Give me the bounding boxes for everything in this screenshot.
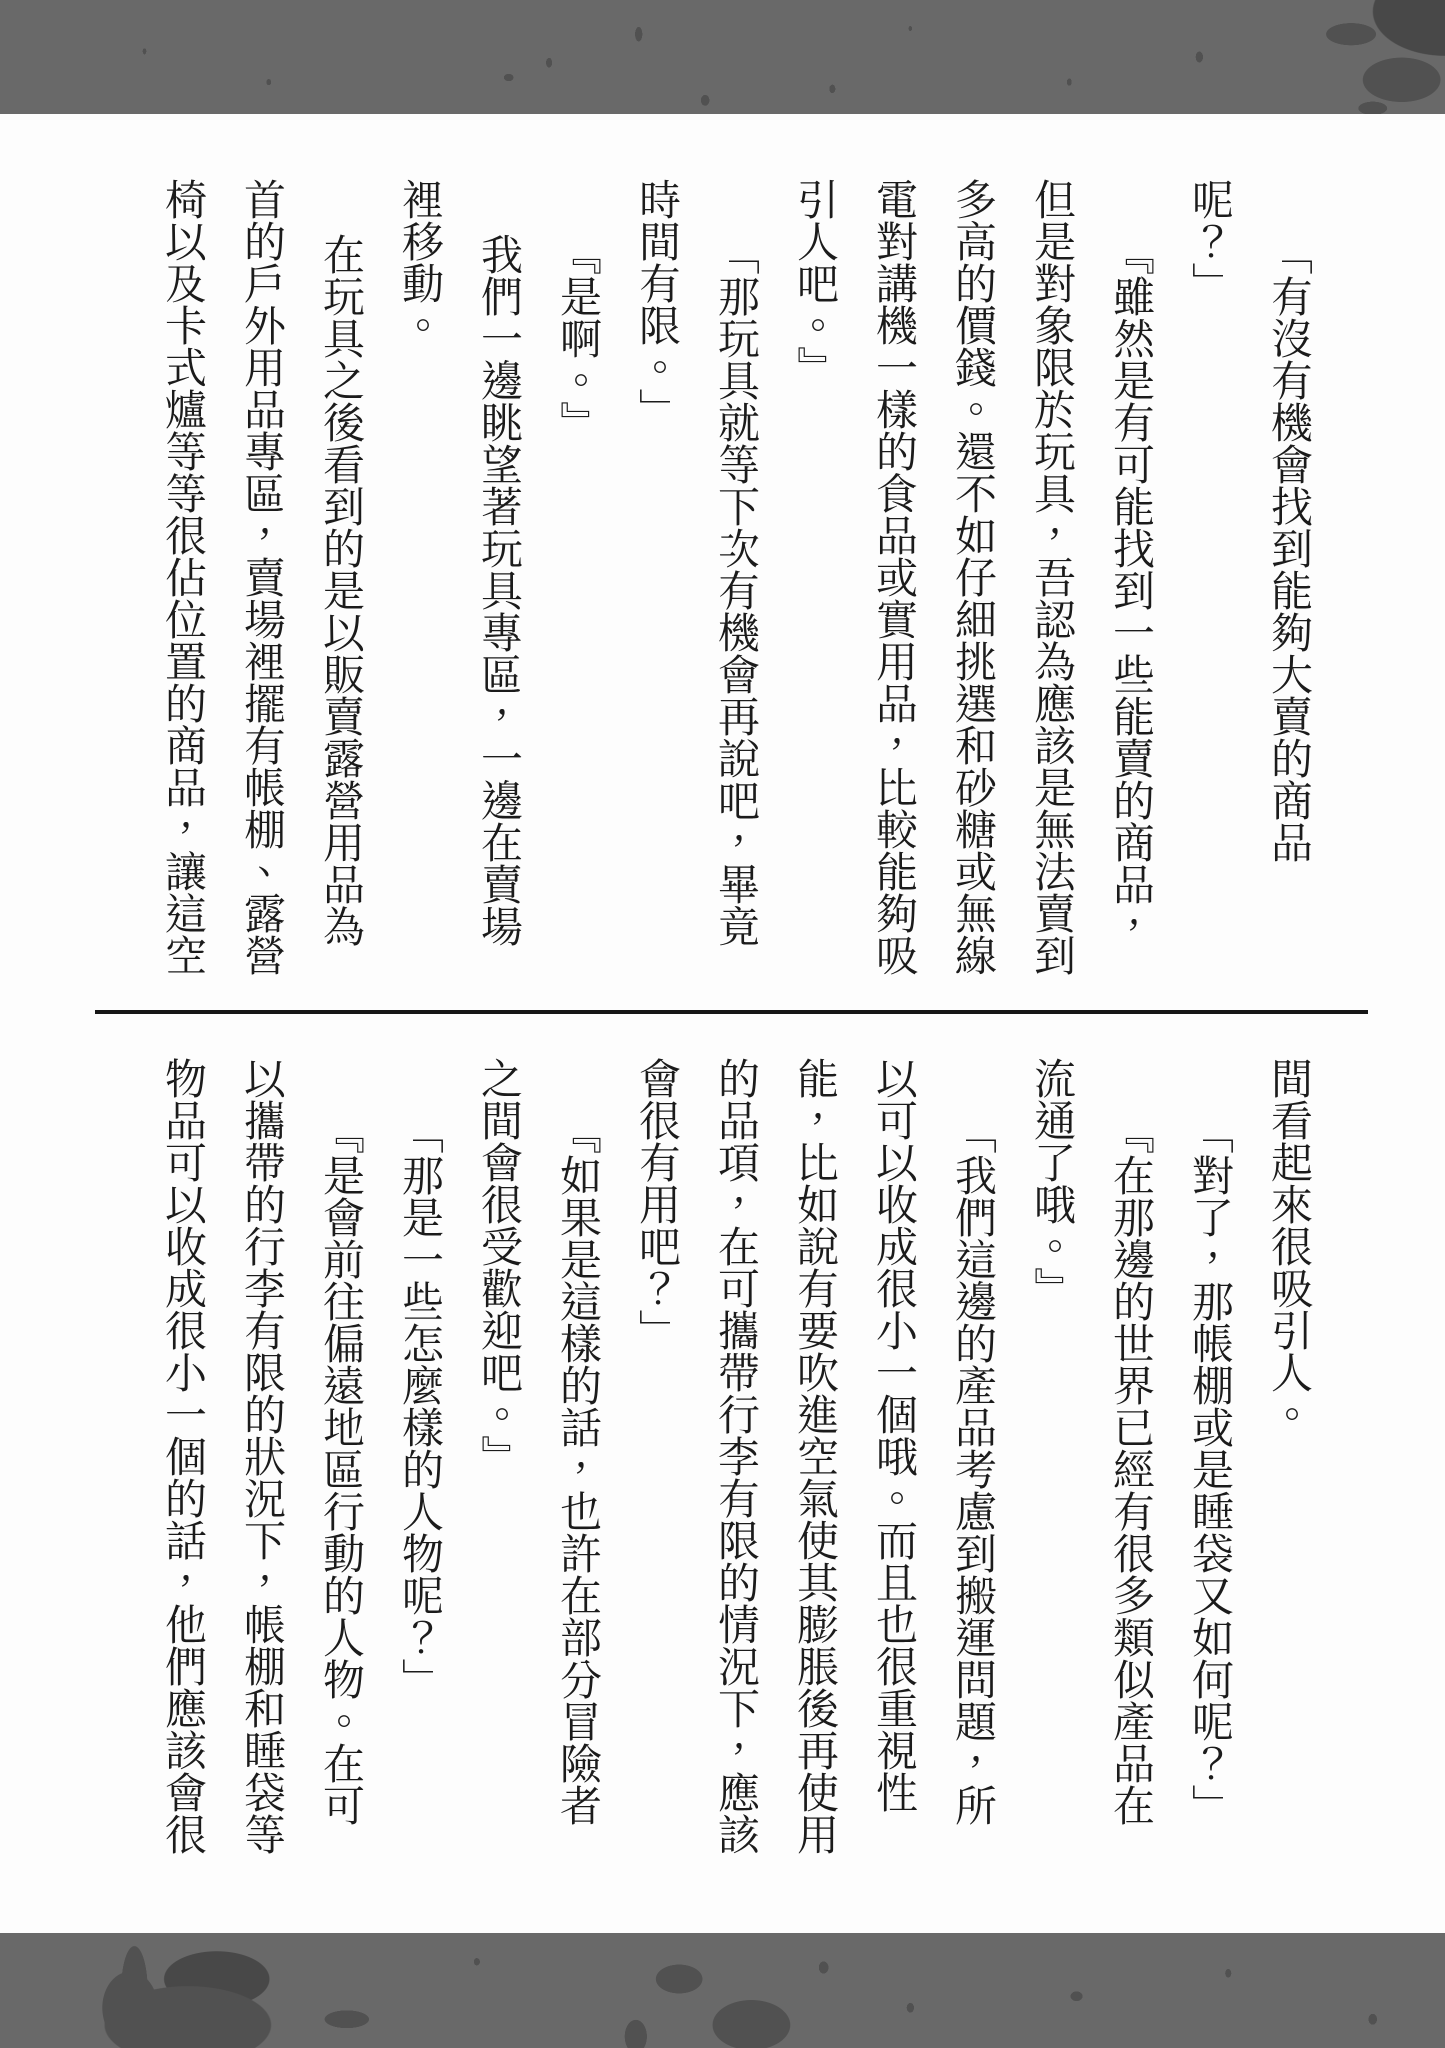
page-half-bottom: 間看起來很吸引人。「對了，那帳棚或是睡袋又如何呢？」『在那邊的世界已經有很多類似… — [0, 1014, 1445, 1933]
text-column: 「對了，那帳棚或是睡袋又如何呢？」 — [1171, 1057, 1250, 1855]
text-column: 『雖然是有可能找到一些能賣的商品， — [1092, 178, 1171, 976]
text-column: 『是會前往偏遠地區行動的人物。在可 — [302, 1057, 381, 1855]
top-texture-band — [0, 0, 1445, 114]
text-column: 首的戶外用品專區，賣場裡擺有帳棚、露營 — [223, 178, 302, 976]
text-column: 間看起來很吸引人。 — [1250, 1057, 1329, 1855]
text-column: 椅以及卡式爐等等很佔位置的商品，讓這空 — [144, 178, 223, 976]
text-column: 「有沒有機會找到能夠大賣的商品 — [1250, 178, 1329, 976]
page-half-top: 「有沒有機會找到能夠大賣的商品呢？」『雖然是有可能找到一些能賣的商品，但是對象限… — [0, 114, 1445, 1010]
text-column: 多高的價錢。還不如仔細挑選和砂糖或無線 — [934, 178, 1013, 976]
text-column: 呢？」 — [1171, 178, 1250, 976]
text-column: 之間會很受歡迎吧。』 — [460, 1057, 539, 1855]
text-column: 以可以收成很小一個哦。而且也很重視性 — [855, 1057, 934, 1855]
text-column: 但是對象限於玩具，吾認為應該是無法賣到 — [1013, 178, 1092, 976]
text-column: 「那是一些怎麼樣的人物呢？」 — [381, 1057, 460, 1855]
text-column: 會很有用吧？」 — [618, 1057, 697, 1855]
text-column: 電對講機一樣的食品或實用品，比較能夠吸 — [855, 178, 934, 976]
text-column: 物品可以收成很小一個的話，他們應該會很 — [144, 1057, 223, 1855]
text-column: 『是啊。』 — [539, 178, 618, 976]
text-column: 能，比如說有要吹進空氣使其膨脹後再使用 — [776, 1057, 855, 1855]
vertical-text-block-top: 「有沒有機會找到能夠大賣的商品呢？」『雖然是有可能找到一些能賣的商品，但是對象限… — [144, 178, 1329, 976]
text-column: 時間有限。」 — [618, 178, 697, 976]
bottom-texture-band — [0, 1933, 1445, 2048]
text-column: 在玩具之後看到的是以販賣露營用品為 — [302, 178, 381, 976]
text-column: 裡移動。 — [381, 178, 460, 976]
text-column: 的品項，在可攜帶行李有限的情況下，應該 — [697, 1057, 776, 1855]
text-column: 『如果是這樣的話，也許在部分冒險者 — [539, 1057, 618, 1855]
text-column: 流通了哦。』 — [1013, 1057, 1092, 1855]
text-column: 『在那邊的世界已經有很多類似產品在 — [1092, 1057, 1171, 1855]
vertical-text-block-bottom: 間看起來很吸引人。「對了，那帳棚或是睡袋又如何呢？」『在那邊的世界已經有很多類似… — [144, 1057, 1329, 1855]
text-column: 「我們這邊的產品考慮到搬運問題，所 — [934, 1057, 1013, 1855]
text-column: 引人吧。』 — [776, 178, 855, 976]
text-column: 以攜帶的行李有限的狀況下，帳棚和睡袋等 — [223, 1057, 302, 1855]
text-column: 我們一邊眺望著玩具專區，一邊在賣場 — [460, 178, 539, 976]
book-page: 「有沒有機會找到能夠大賣的商品呢？」『雖然是有可能找到一些能賣的商品，但是對象限… — [0, 0, 1445, 2048]
text-column: 「那玩具就等下次有機會再說吧，畢竟 — [697, 178, 776, 976]
